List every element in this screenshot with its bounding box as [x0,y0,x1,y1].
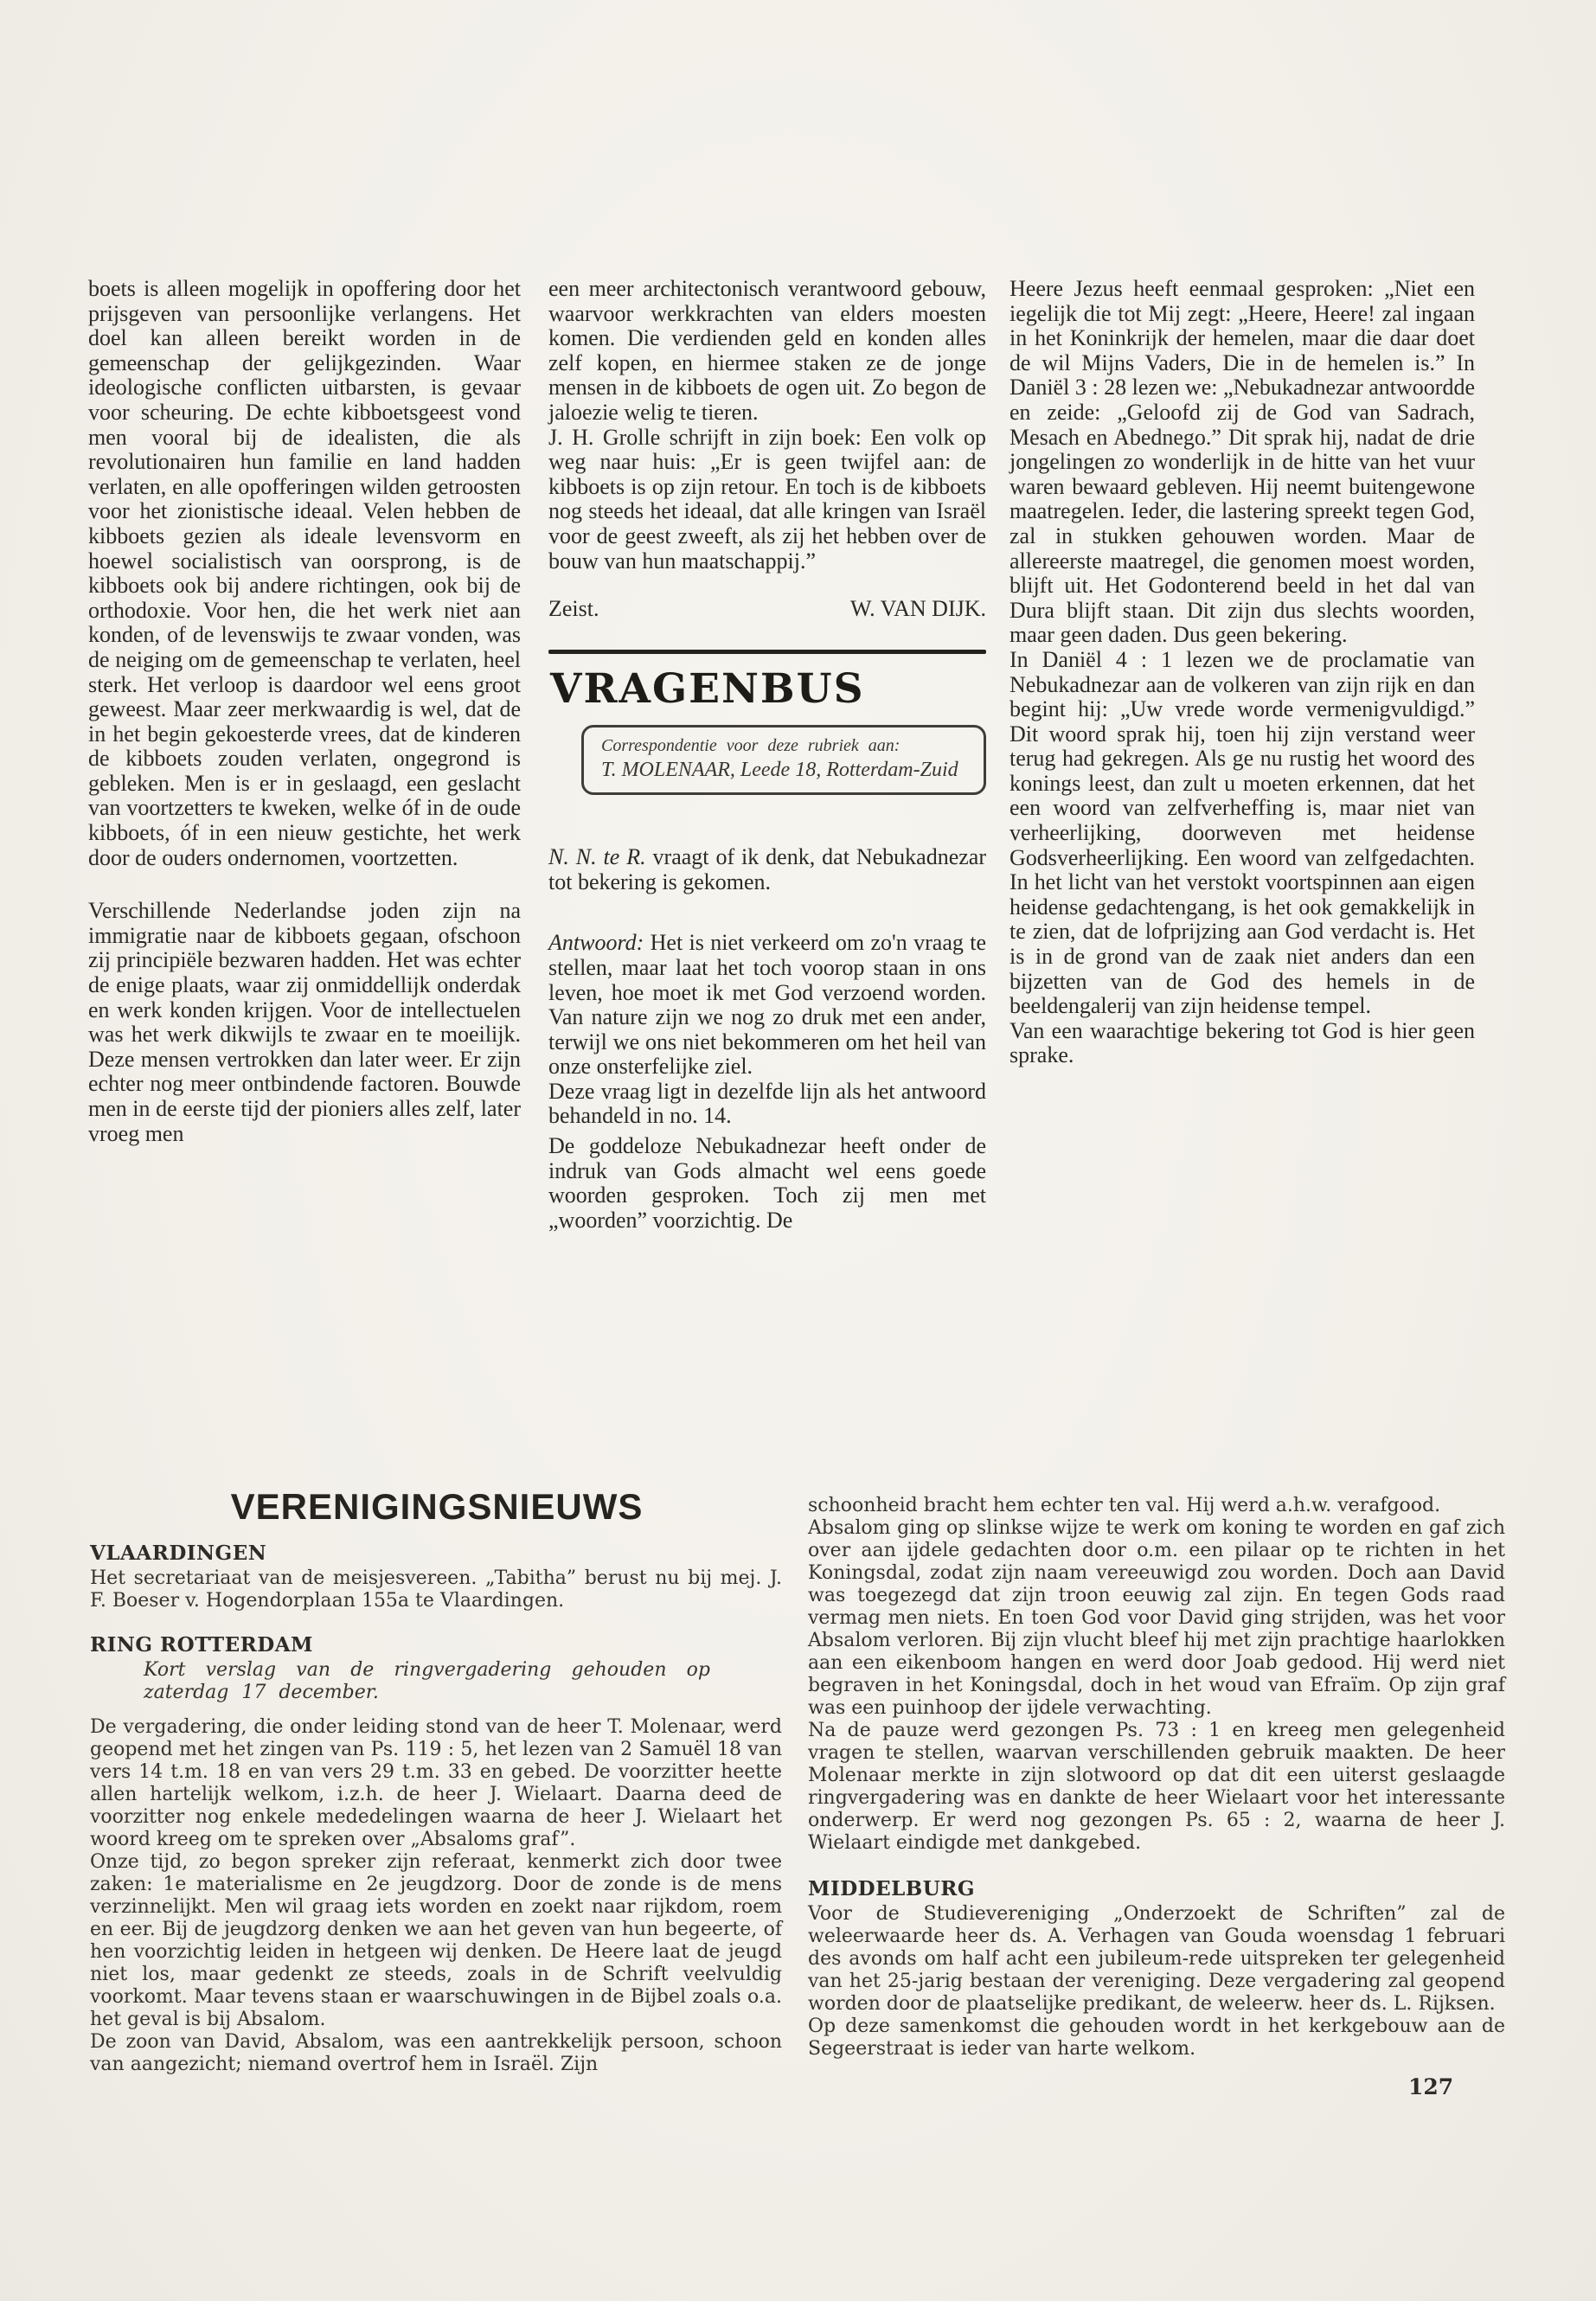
reader-question: N. N. te R. vraagt of ik denk, dat Nebuk… [548,845,986,894]
article-column-3: Heere Jezus heeft eenmaal gesproken: „Ni… [1010,277,1475,1068]
news-paragraph: Absalom ging op slinkse wijze te werk om… [808,1517,1505,1720]
answer-paragraph: De goddeloze Nebukadnezar heeft onder de… [548,1134,986,1233]
ring-report-subtitle: Kort verslag van de ringvergadering geho… [144,1659,710,1704]
news-paragraph: schoonheid bracht hem echter ten val. Hi… [808,1495,1505,1517]
vlaardingen-heading: VLAARDINGEN [90,1541,782,1565]
news-column-left: VLAARDINGEN Het secretariaat van de meis… [90,1541,782,2076]
vragenbus-heading: VRAGENBUS [550,666,986,713]
article-paragraph: een meer architectonisch verantwoord geb… [548,277,986,426]
news-column-right: schoonheid bracht hem echter ten val. Hi… [808,1495,1505,2061]
answer-lead: Antwoord: [548,930,644,955]
article-paragraph: Verschillende Nederlandse joden zijn na … [88,899,521,1146]
article-paragraph: boets is alleen mogelijk in opoffering d… [88,277,521,870]
correspondence-address: T. MOLENAAR, Leede 18, Rotterdam-Zuid [601,757,968,783]
ring-rotterdam-heading: RING ROTTERDAM [90,1633,782,1657]
correspondence-box: Correspondentie voor deze rubriek aan: T… [581,725,986,795]
article-column-2: een meer architectonisch verantwoord geb… [548,277,986,1233]
middelburg-heading: MIDDELBURG [808,1877,1505,1900]
article-paragraph: In Daniël 4 : 1 lezen we de proclamatie … [1010,648,1475,1019]
answer-paragraph: Deze vraag ligt in dezelfde lijn als het… [548,1080,986,1129]
news-paragraph: De zoon van David, Absalom, was een aant… [90,2031,782,2076]
answer-paragraph: Antwoord: Het is niet verkeerd om zo'n v… [548,931,986,1080]
page-number: 127 [1408,2074,1453,2099]
section-divider-rule [548,650,986,654]
article-paragraph: J. H. Grolle schrijft in zijn boek: Een … [548,426,986,574]
correspondence-note: Correspondentie voor deze rubriek aan: [601,735,968,757]
article-paragraph: Heere Jezus heeft eenmaal gesproken: „Ni… [1010,277,1475,648]
article-signature: Zeist. W. VAN DIJK. [548,596,986,621]
news-paragraph: Onze tijd, zo begon spreker zijn referaa… [90,1851,782,2031]
signature-author: W. VAN DIJK. [850,596,986,621]
article-column-1: boets is alleen mogelijk in opoffering d… [88,277,521,1146]
signature-place: Zeist. [548,596,599,621]
magazine-page-scan: boets is alleen mogelijk in opoffering d… [0,0,1596,2301]
question-sender: N. N. te R. [548,844,646,869]
news-paragraph: Voor de Studievereniging „Onderzoekt de … [808,1903,1505,2016]
news-paragraph: Na de pauze werd gezongen Ps. 73 : 1 en … [808,1720,1505,1855]
news-paragraph: Het secretariaat van de meisjesvereen. „… [90,1567,782,1612]
news-paragraph: Op deze samenkomst die gehouden wordt in… [808,2016,1505,2061]
news-paragraph: De vergadering, die onder leiding stond … [90,1716,782,1851]
verenigingsnieuws-heading: VERENIGINGSNIEUWS [87,1486,787,1528]
article-paragraph: Van een waarachtige bekering tot God is … [1010,1019,1475,1068]
